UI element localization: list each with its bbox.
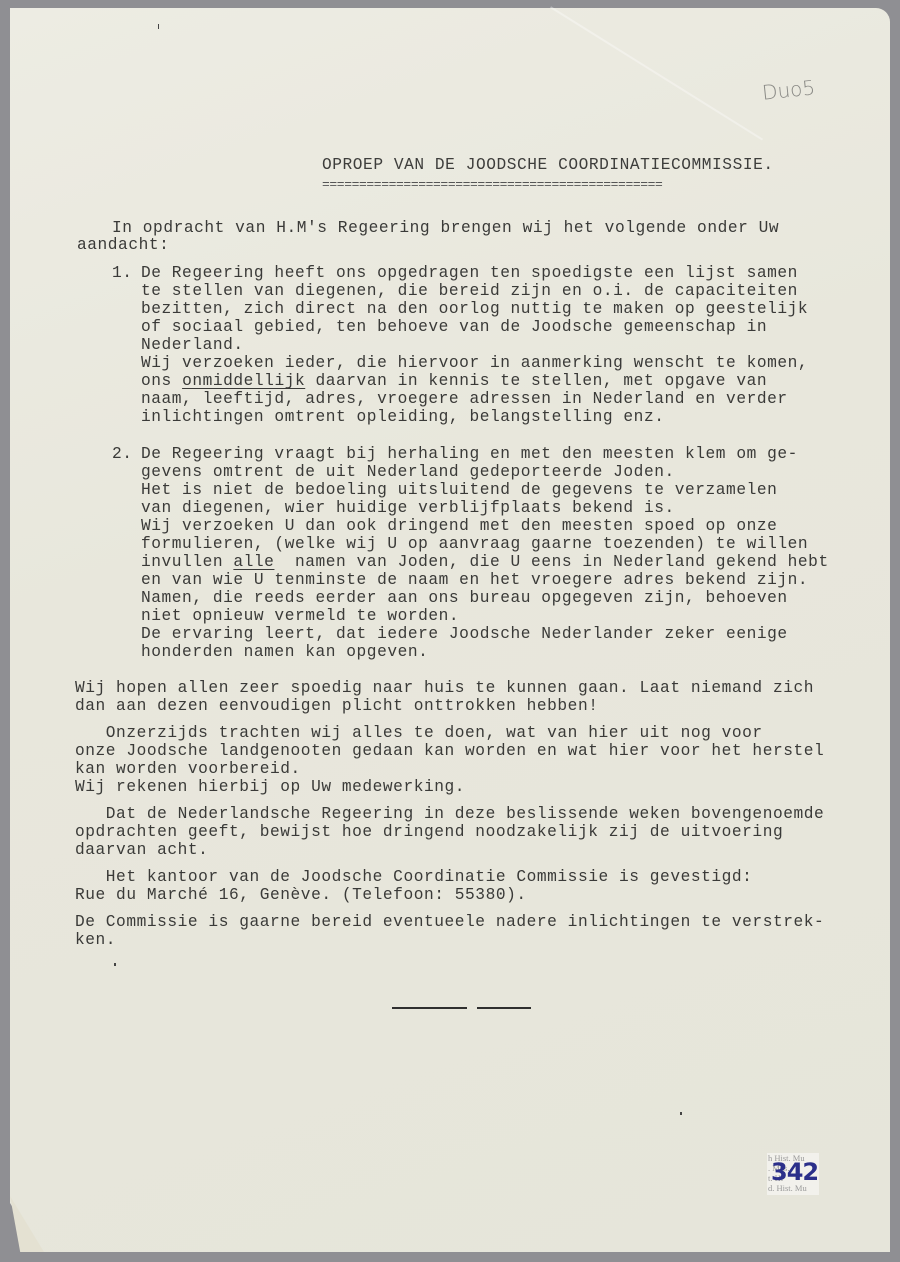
item-2-line: van diegenen, wier huidige verblijfplaat…	[141, 499, 675, 517]
paragraph-line: Onzerzijds trachten wij alles te doen, w…	[75, 724, 763, 742]
paragraph-line: Het kantoor van de Joodsche Coordinatie …	[75, 868, 752, 886]
item-2-line: en van wie U tenminste de naam en het vr…	[141, 571, 808, 589]
item-2-line: Wij verzoeken U dan ook dringend met den…	[141, 517, 777, 535]
ink-mark	[680, 1112, 682, 1115]
item-1-line-underlined: ons onmiddellijk daarvan in kennis te st…	[141, 372, 767, 390]
item-2-line: gevens omtrent de uit Nederland gedeport…	[141, 463, 675, 481]
item-2-line: Het is niet de bedoeling uitsluitend de …	[141, 481, 777, 499]
item-2-line: De ervaring leert, dat iedere Joodsche N…	[141, 625, 788, 643]
item-1-line: inlichtingen omtrent opleiding, belangst…	[141, 408, 664, 426]
item-1-line: bezitten, zich direct na den oorlog nutt…	[141, 300, 808, 318]
paragraph-line: De Commissie is gaarne bereid eventueele…	[75, 913, 824, 931]
item-1-line: De Regeering heeft ons opgedragen ten sp…	[141, 264, 798, 282]
paragraph-line: ken.	[75, 931, 116, 949]
item-number: 1.	[112, 264, 133, 282]
underlined-word: onmiddellijk	[182, 372, 305, 390]
item-1-line: of sociaal gebied, ten behoeve van de Jo…	[141, 318, 767, 336]
item-2-line: De Regeering vraagt bij herhaling en met…	[141, 445, 798, 463]
item-2-line: honderden namen kan opgeven.	[141, 643, 428, 661]
paragraph-line: kan worden voorbereid.	[75, 760, 301, 778]
paragraph-line: Wij rekenen hierbij op Uw medewerking.	[75, 778, 465, 796]
item-1-line: Wij verzoeken ieder, die hiervoor in aan…	[141, 354, 808, 372]
item-2-line: Namen, die reeds eerder aan ons bureau o…	[141, 589, 788, 607]
intro-line: aandacht:	[77, 236, 169, 254]
ink-mark	[158, 24, 159, 29]
archive-number: 342	[771, 1158, 818, 1186]
item-1-line: Nederland.	[141, 336, 244, 354]
closing-line	[392, 1007, 467, 1009]
paragraph-line: Wij hopen allen zeer spoedig naar huis t…	[75, 679, 814, 697]
underlined-word: alle	[233, 553, 274, 571]
address-line: Rue du Marché 16, Genève. (Telefoon: 553…	[75, 886, 527, 904]
item-2-line: niet opnieuw vermeld te worden.	[141, 607, 459, 625]
title-underline-rule: ========================================…	[322, 176, 662, 194]
document-title: OPROEP VAN DE JOODSCHE COORDINATIECOMMIS…	[322, 156, 774, 174]
paragraph-line: dan aan dezen eenvoudigen plicht onttrok…	[75, 697, 598, 715]
intro-line: In opdracht van H.M's Regeering brengen …	[112, 219, 779, 237]
paragraph-line: Dat de Nederlandsche Regeering in deze b…	[75, 805, 824, 823]
archive-stamp: h Hist. Mu . Mus. t. Hi d. Hist. Mu 342	[767, 1153, 819, 1195]
item-2-line-underlined: invullen alle namen van Joden, die U een…	[141, 553, 829, 571]
paragraph-line: daarvan acht.	[75, 841, 208, 859]
closing-line	[477, 1007, 531, 1009]
paragraph-line: onze Joodsche landgenooten gedaan kan wo…	[75, 742, 824, 760]
ink-mark	[114, 963, 116, 966]
item-2-line: formulieren, (welke wij U op aanvraag ga…	[141, 535, 808, 553]
item-1-line: naam, leeftijd, adres, vroegere adressen…	[141, 390, 788, 408]
item-1-line: te stellen van diegenen, die bereid zijn…	[141, 282, 798, 300]
item-number: 2.	[112, 445, 133, 463]
paragraph-line: opdrachten geeft, bewijst hoe dringend n…	[75, 823, 783, 841]
